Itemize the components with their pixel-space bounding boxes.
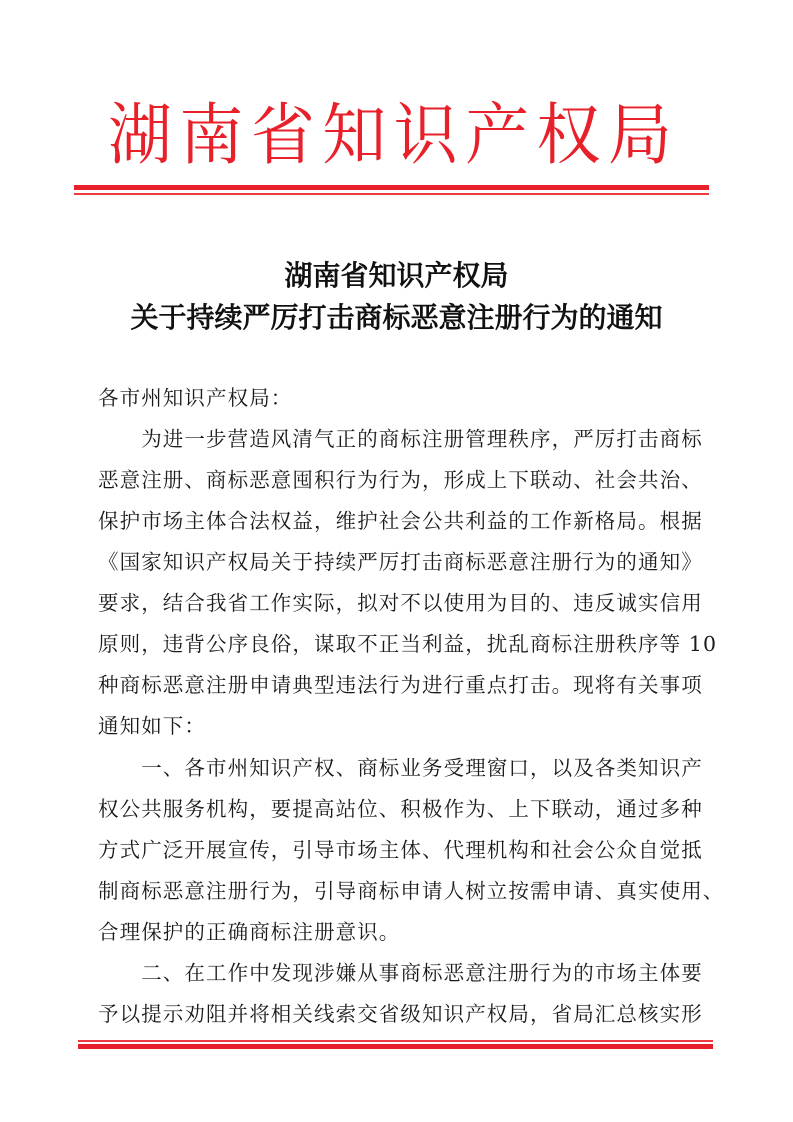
document-title-line-2: 关于持续严厉打击商标恶意注册行为的通知 bbox=[0, 296, 793, 336]
masthead-char: 局 bbox=[608, 94, 672, 178]
body-line: 要求，结合我省工作实际，拟对不以使用为目的、违反诚实信用 bbox=[98, 588, 703, 618]
masthead-rule-thin bbox=[74, 193, 709, 195]
salutation: 各市州知识产权局： bbox=[98, 383, 292, 413]
masthead-char: 识 bbox=[394, 94, 458, 178]
masthead-agency-name: 湖 南 省 知 识 产 权 局 bbox=[74, 96, 710, 176]
body-line: 通知如下： bbox=[98, 711, 206, 741]
body-line: 一、各市州知识产权、商标业务受理窗口，以及各类知识产 bbox=[98, 753, 703, 783]
body-line: 原则，违背公序良俗，谋取不正当利益，扰乱商标注册秩序等 10 bbox=[98, 629, 717, 659]
masthead-char: 南 bbox=[179, 94, 243, 178]
masthead-rule-thick bbox=[74, 185, 709, 190]
masthead-char: 湖 bbox=[108, 94, 172, 178]
body-line: 予以提示劝阻并将相关线索交省级知识产权局，省局汇总核实形 bbox=[98, 999, 703, 1029]
footer-rule-thin bbox=[78, 1040, 713, 1042]
masthead-char: 权 bbox=[537, 94, 601, 178]
body-line: 合理保护的正确商标注册意识。 bbox=[98, 917, 400, 947]
body-line: 二、在工作中发现涉嫌从事商标恶意注册行为的市场主体要 bbox=[98, 958, 703, 988]
masthead-char: 知 bbox=[322, 94, 386, 178]
body-line: 制商标恶意注册行为，引导商标申请人树立按需申请、真实使用、 bbox=[98, 876, 724, 906]
footer-rule-thick bbox=[78, 1044, 713, 1049]
body-line: 权公共服务机构，要提高站位、积极作为、上下联动，通过多种 bbox=[98, 794, 703, 824]
masthead-char: 省 bbox=[251, 94, 315, 178]
body-line: 《国家知识产权局关于持续严厉打击商标恶意注册行为的通知》 bbox=[98, 547, 703, 577]
body-line: 保护市场主体合法权益，维护社会公共利益的工作新格局。根据 bbox=[98, 506, 703, 536]
body-line: 方式广泛开展宣传，引导市场主体、代理机构和社会公众自觉抵 bbox=[98, 835, 703, 865]
body-line: 恶意注册、商标恶意囤积行为行为，形成上下联动、社会共治、 bbox=[98, 465, 703, 495]
body-line: 为进一步营造风清气正的商标注册管理秩序，严厉打击商标 bbox=[98, 424, 703, 454]
masthead-char: 产 bbox=[465, 94, 529, 178]
body-line: 种商标恶意注册申请典型违法行为进行重点打击。现将有关事项 bbox=[98, 670, 703, 700]
document-title-line-1: 湖南省知识产权局 bbox=[0, 254, 793, 294]
